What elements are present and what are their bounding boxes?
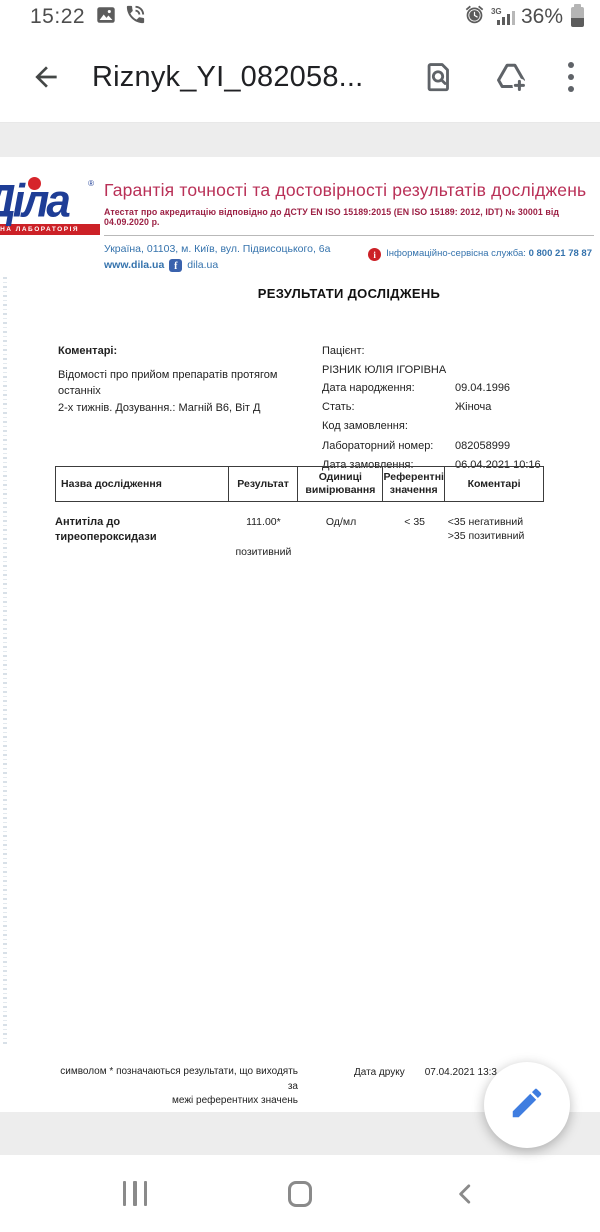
column-header: Референтні значення [383,467,445,501]
result-comment: <35 негативний >35 позитивний [446,515,544,559]
pdf-page[interactable]: Діла ® ЧНА ЛАБОРАТОРІЯ Гарантія точності… [0,157,600,1112]
clock: 15:22 [30,5,85,29]
phone-call-icon [124,3,147,31]
facebook-handle: dila.ua [187,258,218,274]
edit-fab-button[interactable] [484,1062,570,1148]
patient-block: Пацієнт: РІЗНИК ЮЛІЯ ІГОРІВНА Дата народ… [322,345,541,478]
back-button[interactable] [24,55,68,99]
info-service-label: Інформаційно-сервісна служба: [386,248,526,259]
chevron-left-icon [452,1181,478,1207]
comments-text: Відомості про прийом препаратів протягом… [58,367,310,417]
column-header: Результат [229,467,299,501]
patient-label: Пацієнт: [322,345,455,358]
footnote: символом * позначаються результати, що в… [58,1065,298,1109]
address-line: Україна, 01103, м. Київ, вул. Підвисоцьк… [104,242,330,258]
table-row: Антитіла до тиреопероксидази 111.00* поз… [55,502,544,559]
alarm-icon [464,4,485,30]
print-date-label: Дата друку [354,1067,405,1109]
header-divider [104,235,594,236]
status-bar: 15:22 3G 36 [0,0,600,32]
signal-strength-icon: 3G [491,7,515,27]
info-icon: i [368,248,381,261]
battery-percent: 36% [521,5,563,29]
pencil-icon [508,1084,546,1127]
android-navigation-bar [0,1155,600,1232]
info-section: Коментарі: Відомості про прийом препарат… [58,345,600,478]
patient-field-row: Дата народження: 09.04.1996 [322,382,541,395]
results-title: РЕЗУЛЬТАТИ ДОСЛІДЖЕНЬ [104,286,594,301]
find-in-document-button[interactable] [416,54,462,100]
accreditation-line: Атестат про акредитацію відповідно до ДС… [104,207,594,227]
logo-red-dot [28,177,41,190]
app-bar: Riznyk_YI_082058... [0,32,600,122]
website-url: www.dila.ua [104,258,164,274]
facebook-icon: f [169,259,182,272]
recents-icon [123,1181,148,1206]
patient-field-row: Код замовлення: [322,420,541,433]
home-button[interactable] [270,1164,330,1224]
home-icon [288,1181,312,1207]
patient-field-row: Лабораторний номер: 082058999 [322,440,541,453]
viewer-background-top [0,122,600,157]
column-header: Коментарі [445,467,543,501]
header-slogan: Гарантія точності та достовірності резул… [104,180,594,201]
registered-mark: ® [88,179,94,188]
dila-logo: Діла ® ЧНА ЛАБОРАТОРІЯ [0,181,100,235]
comments-label: Коментарі: [58,345,310,357]
results-table: Назва дослідження Результат Одиниці вимі… [55,466,544,560]
test-result: 111.00* позитивний [228,515,298,559]
battery-icon [571,7,584,27]
patient-field-row: Стать: Жіноча [322,401,541,414]
result-note: позитивний [228,545,298,559]
info-service-phone: 0 800 21 78 87 [529,248,592,259]
navigation-back-button[interactable] [435,1164,495,1224]
add-to-drive-button[interactable] [488,54,534,100]
column-header: Назва дослідження [56,467,229,501]
recent-apps-button[interactable] [105,1164,165,1224]
test-units: Од/мл [298,515,383,559]
page-footer: символом * позначаються результати, що в… [58,1065,497,1109]
reference-range: < 35 [384,515,446,559]
patient-name: РІЗНИК ЮЛІЯ ІГОРІВНА [322,364,541,376]
column-header: Одиниці вимірювання [298,467,383,501]
document-header: Гарантія точності та достовірності резул… [104,157,600,301]
results-table-header: Назва дослідження Результат Одиниці вимі… [55,466,544,502]
test-name: Антитіла до тиреопероксидази [55,515,228,559]
gallery-notification-icon [95,4,117,31]
page-edge-microtext [3,277,7,1047]
overflow-menu-button[interactable] [560,62,582,92]
document-title: Riznyk_YI_082058... [92,61,406,94]
